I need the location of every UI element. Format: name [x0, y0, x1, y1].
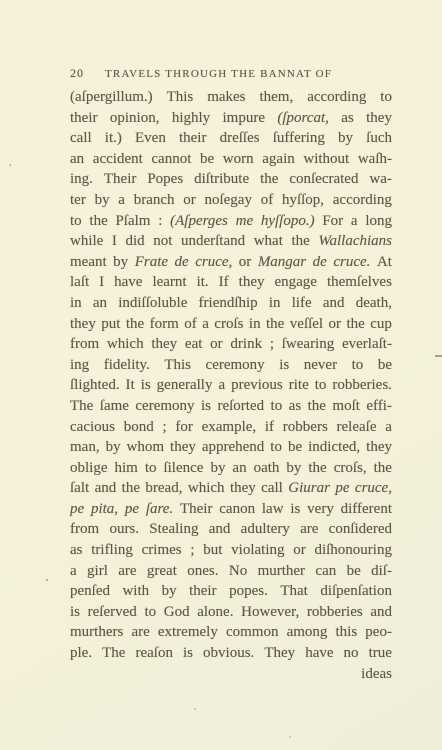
word: ter	[70, 190, 86, 211]
word: hyſſop,	[282, 190, 324, 211]
word: pe	[335, 478, 349, 499]
word: (ſporcat,	[277, 108, 329, 129]
text-line: isreſervedtoGodalone.However,robberiesan…	[70, 602, 392, 623]
word: and	[209, 519, 231, 540]
word: which	[107, 334, 144, 355]
text-line: inanindiſſolublefriendſhipinlifeanddeath…	[70, 293, 392, 314]
word: This	[167, 87, 194, 108]
word: is	[290, 499, 300, 520]
word: If	[219, 272, 229, 293]
word: alone.	[197, 602, 233, 623]
word: cacious	[70, 417, 115, 438]
word: robbers	[283, 417, 328, 438]
word: adultery	[241, 519, 290, 540]
page-number: 20	[70, 66, 84, 81]
scan-speck	[46, 579, 48, 581]
word: to	[70, 211, 82, 232]
body-text: (aſpergillum.)Thismakesthem,accordingtot…	[70, 87, 392, 684]
word: (aſpergillum.)	[70, 87, 153, 108]
word: to	[270, 437, 282, 458]
word: their	[70, 108, 98, 129]
word: not	[153, 231, 172, 252]
word: great	[147, 561, 177, 582]
word: be	[347, 561, 361, 582]
scan-dash-mark	[435, 355, 442, 357]
word: in	[249, 314, 261, 335]
text-line: Theſameceremonyisreſortedtoasthemoſteffi…	[70, 396, 392, 417]
text-line: man,bywhomtheyapprehendtobeindicted,they	[70, 437, 392, 458]
word: releaſe	[337, 417, 377, 438]
word: Frate	[135, 252, 168, 273]
word: as	[341, 108, 354, 129]
word: For	[322, 211, 343, 232]
word: as	[70, 540, 83, 561]
catchword-row: ideas	[70, 664, 392, 685]
word: ſalt	[70, 478, 89, 499]
page-header: 20 TRAVELS THROUGH THE BANNAT OF	[70, 66, 392, 81]
word: to	[145, 458, 157, 479]
word: they	[151, 334, 177, 355]
word: or	[293, 540, 306, 561]
word: is	[183, 643, 193, 664]
word: an	[70, 149, 84, 170]
word: ing	[70, 355, 89, 376]
word: murthers	[70, 622, 123, 643]
word: (Aſperges	[170, 211, 228, 232]
word: themſelves	[327, 272, 392, 293]
word: again	[262, 149, 294, 170]
word: pita,	[91, 499, 118, 520]
word: ſuch	[366, 128, 392, 149]
word: a	[218, 375, 225, 396]
word: robberies.	[332, 375, 392, 396]
word: trifling	[91, 540, 133, 561]
word: ſwearing	[282, 334, 334, 355]
text-line: theiropinion,highlyimpure(ſporcat,asthey	[70, 108, 392, 129]
word: or	[210, 334, 223, 355]
word: for	[175, 417, 193, 438]
word: it.	[197, 272, 209, 293]
word: a	[385, 417, 392, 438]
word: in	[269, 293, 281, 314]
word: and	[95, 478, 117, 499]
word: their	[189, 581, 217, 602]
word: according	[307, 87, 366, 108]
word: de	[313, 252, 327, 273]
word: be	[378, 355, 392, 376]
word: is	[201, 396, 211, 417]
word: they	[70, 314, 96, 335]
word: by	[162, 581, 177, 602]
word: call	[261, 478, 283, 499]
word: by	[113, 252, 128, 273]
text-line: ing.TheirPopesdiſtributetheconſecratedwa…	[70, 169, 392, 190]
text-line: anaccidentcannotbewornagainwithoutwaſh-	[70, 149, 392, 170]
word: veſſel	[290, 314, 323, 335]
word: It	[126, 375, 135, 396]
catchword: ideas	[361, 664, 392, 685]
word: an	[232, 458, 246, 479]
word: conſecrated	[289, 169, 358, 190]
word: canon	[219, 499, 255, 520]
word: as	[289, 396, 302, 417]
word: ſare.	[146, 499, 173, 520]
word: this	[336, 622, 358, 643]
word: branch	[134, 190, 175, 211]
word: Their	[180, 499, 212, 520]
word: the	[126, 314, 144, 335]
word: the	[374, 458, 392, 479]
word: ;	[190, 540, 194, 561]
word: friendſhip	[199, 293, 258, 314]
word: noſegay	[204, 190, 251, 211]
word: croſs,	[334, 458, 367, 479]
word: of	[261, 190, 274, 211]
text-line: callit.)Eventheirdreſſesſufferingbyſuch	[70, 128, 392, 149]
word: engage	[274, 272, 316, 293]
word: reaſon	[135, 643, 172, 664]
word: bread,	[145, 478, 182, 499]
word: or	[239, 252, 252, 273]
word: ;	[162, 417, 166, 438]
word: true	[369, 643, 392, 664]
word: while	[70, 231, 103, 252]
word: man,	[70, 437, 100, 458]
word: reſorted	[217, 396, 264, 417]
word: life	[292, 293, 312, 314]
word: according	[333, 190, 392, 211]
word: violating	[231, 540, 284, 561]
text-line: ſlighted.Itisgenerallyapreviousritetorob…	[70, 375, 392, 396]
word: reſerved	[88, 602, 137, 623]
text-line: terbyabranchornoſegayofhyſſop,according	[70, 190, 392, 211]
word: popes.	[229, 581, 268, 602]
word: oath	[254, 458, 280, 479]
word: what	[254, 231, 283, 252]
word: Their	[104, 169, 136, 190]
word: to	[315, 375, 327, 396]
text-line: caciousbond;forexample,ifrobbersreleaſea	[70, 417, 392, 438]
word: oblige	[70, 458, 108, 479]
word: bond	[124, 417, 154, 438]
word: previous	[231, 375, 283, 396]
word: ſlighted.	[70, 375, 120, 396]
word: indiſſoluble	[118, 293, 187, 314]
word: are	[300, 519, 318, 540]
word: At	[377, 252, 392, 273]
word: makes	[207, 87, 245, 108]
text-line: fromwhichtheyeatordrink;ſwearingeverlaſt…	[70, 334, 392, 355]
word: everlaſt-	[342, 334, 392, 355]
word: waſh-	[358, 149, 392, 170]
word: whom	[127, 437, 165, 458]
word: him	[114, 458, 137, 479]
text-line: theyputtheformofacroſsintheveſſelorthecu…	[70, 314, 392, 335]
word: a	[202, 314, 209, 335]
word: they	[366, 108, 392, 129]
word: rite	[289, 375, 309, 396]
word: the	[266, 314, 284, 335]
word: ;	[270, 334, 274, 355]
word: That	[280, 581, 308, 602]
word: pe	[70, 499, 84, 520]
word: them,	[259, 87, 293, 108]
word: The	[102, 643, 125, 664]
scan-speck	[194, 708, 196, 710]
word: put	[101, 314, 120, 335]
word: Even	[135, 128, 166, 149]
word: obvious.	[203, 643, 254, 664]
word: ſilence	[163, 458, 203, 479]
word: in	[70, 293, 82, 314]
word: Giurar	[288, 478, 330, 499]
text-line: ple.Thereaſonisobvious.Theyhavenotrue	[70, 643, 392, 664]
word: dreſſes	[220, 128, 260, 149]
text-line: fromours.Stealingandadulteryareconſidere…	[70, 519, 392, 540]
word: Pſalm	[115, 211, 150, 232]
word: cruce.	[333, 252, 370, 273]
word: pe	[125, 499, 139, 520]
word: the	[308, 396, 326, 417]
word: cup	[370, 314, 392, 335]
word: laſt	[70, 272, 89, 293]
word: opinion,	[110, 108, 160, 129]
word: drink	[230, 334, 262, 355]
word: de	[175, 252, 189, 273]
word: did	[125, 231, 144, 252]
word: robberies	[307, 602, 363, 623]
word: They	[264, 643, 295, 664]
word: no	[344, 643, 359, 664]
word: is	[141, 375, 151, 396]
word: I	[99, 272, 104, 293]
text-line: agirlaregreatones.Nomurthercanbediſ-	[70, 561, 392, 582]
word: call	[70, 128, 92, 149]
text-line: murthersareextremelycommonamongthispeo-	[70, 622, 392, 643]
word: accident	[93, 149, 143, 170]
word: a	[351, 211, 358, 232]
word: girl	[87, 561, 108, 582]
word: croſs	[214, 314, 243, 335]
word: However,	[241, 602, 299, 623]
word: from	[70, 519, 99, 540]
word: the	[89, 211, 107, 232]
word: and	[323, 293, 345, 314]
word: to	[271, 396, 283, 417]
word: common	[226, 622, 279, 643]
word: diſ-	[371, 561, 392, 582]
word: impure	[223, 108, 266, 129]
word: by	[210, 458, 225, 479]
word: crimes	[142, 540, 182, 561]
word: they	[170, 437, 196, 458]
word: can	[315, 561, 336, 582]
word: never	[304, 355, 337, 376]
word: diſhonouring	[314, 540, 392, 561]
text-line: obligehimtoſilencebyanoathbythecroſs,the	[70, 458, 392, 479]
word: God	[164, 602, 190, 623]
word: example,	[202, 417, 257, 438]
word: No	[229, 561, 247, 582]
word: law	[262, 499, 284, 520]
word: extremely	[158, 622, 218, 643]
word: Mangar	[258, 252, 306, 273]
word: an	[93, 293, 107, 314]
word: very	[307, 499, 334, 520]
word: the	[346, 314, 364, 335]
text-line: penſedwithbytheirpopes.Thatdiſpenſation	[70, 581, 392, 602]
word: to	[352, 355, 364, 376]
text-line: meantbyFratedecruce,orMangardecruce.At	[70, 252, 392, 273]
word: cruce,	[195, 252, 232, 273]
word: conſidered	[329, 519, 392, 540]
word: form	[150, 314, 179, 335]
scan-speck	[289, 736, 291, 738]
text-line: pepita,peſare.Theircanonlawisverydiffere…	[70, 499, 392, 520]
word: a	[70, 561, 77, 582]
scan-comma-mark: ,	[9, 158, 12, 168]
word: apprehend	[202, 437, 264, 458]
text-line: tothePſalm:(Aſpergesmehyſſopo.)Foralong	[70, 211, 392, 232]
word: ſame	[100, 396, 129, 417]
word: ones.	[187, 561, 218, 582]
word: have	[305, 643, 333, 664]
word: wa-	[369, 169, 392, 190]
word: are	[118, 561, 136, 582]
word: effi-	[366, 396, 392, 417]
word: among	[287, 622, 328, 643]
word: if	[265, 417, 274, 438]
word: indicted,	[308, 437, 360, 458]
word: have	[114, 272, 142, 293]
word: cannot	[151, 149, 191, 170]
text-line: astriflingcrimes;butviolatingordiſhonour…	[70, 540, 392, 561]
running-title: TRAVELS THROUGH THE BANNAT OF	[105, 68, 332, 80]
word: underſtand	[181, 231, 245, 252]
word: ours.	[109, 519, 139, 540]
word: their	[179, 128, 207, 149]
word: Popes	[147, 169, 183, 190]
word: moſt	[332, 396, 360, 417]
word: by	[106, 437, 121, 458]
word: which	[188, 478, 225, 499]
word: ſuffering	[273, 128, 325, 149]
word: the	[122, 478, 140, 499]
word: murther	[258, 561, 305, 582]
word: different	[341, 499, 392, 520]
word: diſpenſation	[320, 581, 392, 602]
word: ceremony	[206, 355, 265, 376]
word: they	[230, 478, 256, 499]
book-page: 20 TRAVELS THROUGH THE BANNAT OF (aſperg…	[0, 0, 442, 750]
word: or	[183, 190, 196, 211]
word: they	[239, 272, 265, 293]
word: me	[236, 211, 254, 232]
word: by	[286, 458, 301, 479]
word: worn	[223, 149, 254, 170]
word: ing.	[70, 169, 93, 190]
text-line: (aſpergillum.)Thismakesthem,accordingto	[70, 87, 392, 108]
word: Wallachians	[318, 231, 392, 252]
word: with	[122, 581, 149, 602]
word: death,	[356, 293, 392, 314]
word: is	[279, 355, 289, 376]
word: The	[70, 396, 93, 417]
word: long	[365, 211, 392, 232]
word: peo-	[365, 622, 392, 643]
word: the	[291, 231, 309, 252]
word: by	[338, 128, 353, 149]
text-line: laſtIhavelearntit.Iftheyengagethemſelves	[70, 272, 392, 293]
word: and	[370, 602, 392, 623]
word: hyſſopo.)	[261, 211, 315, 232]
text-line: ſaltandthebread,whichtheycallGiurarpecru…	[70, 478, 392, 499]
word: be	[288, 437, 302, 458]
word: meant	[70, 252, 107, 273]
word: fidelity.	[104, 355, 150, 376]
word: learnt	[152, 272, 186, 293]
word: ceremony	[135, 396, 194, 417]
word: a	[118, 190, 125, 211]
word: I	[112, 231, 117, 252]
word: This	[164, 355, 191, 376]
word: are	[131, 622, 149, 643]
word: they	[366, 437, 392, 458]
word: to	[380, 87, 392, 108]
word: generally	[157, 375, 213, 396]
word: penſed	[70, 581, 110, 602]
word: :	[158, 211, 162, 232]
word: be	[200, 149, 214, 170]
word: cruce,	[355, 478, 392, 499]
word: the	[308, 458, 326, 479]
word: eat	[185, 334, 202, 355]
word: it.)	[105, 128, 122, 149]
word: diſtribute	[194, 169, 249, 190]
text-line: ingfidelity.Thisceremonyisnevertobe	[70, 355, 392, 376]
word: from	[70, 334, 99, 355]
word: of	[184, 314, 197, 335]
text-line: whileIdidnotunderſtandwhattheWallachians	[70, 231, 392, 252]
word: or	[329, 314, 342, 335]
word: ple.	[70, 643, 92, 664]
word: by	[95, 190, 110, 211]
word: to	[144, 602, 156, 623]
word: the	[260, 169, 278, 190]
word: highly	[172, 108, 210, 129]
word: but	[203, 540, 222, 561]
word: Stealing	[149, 519, 198, 540]
word: without	[303, 149, 349, 170]
word: is	[70, 602, 80, 623]
